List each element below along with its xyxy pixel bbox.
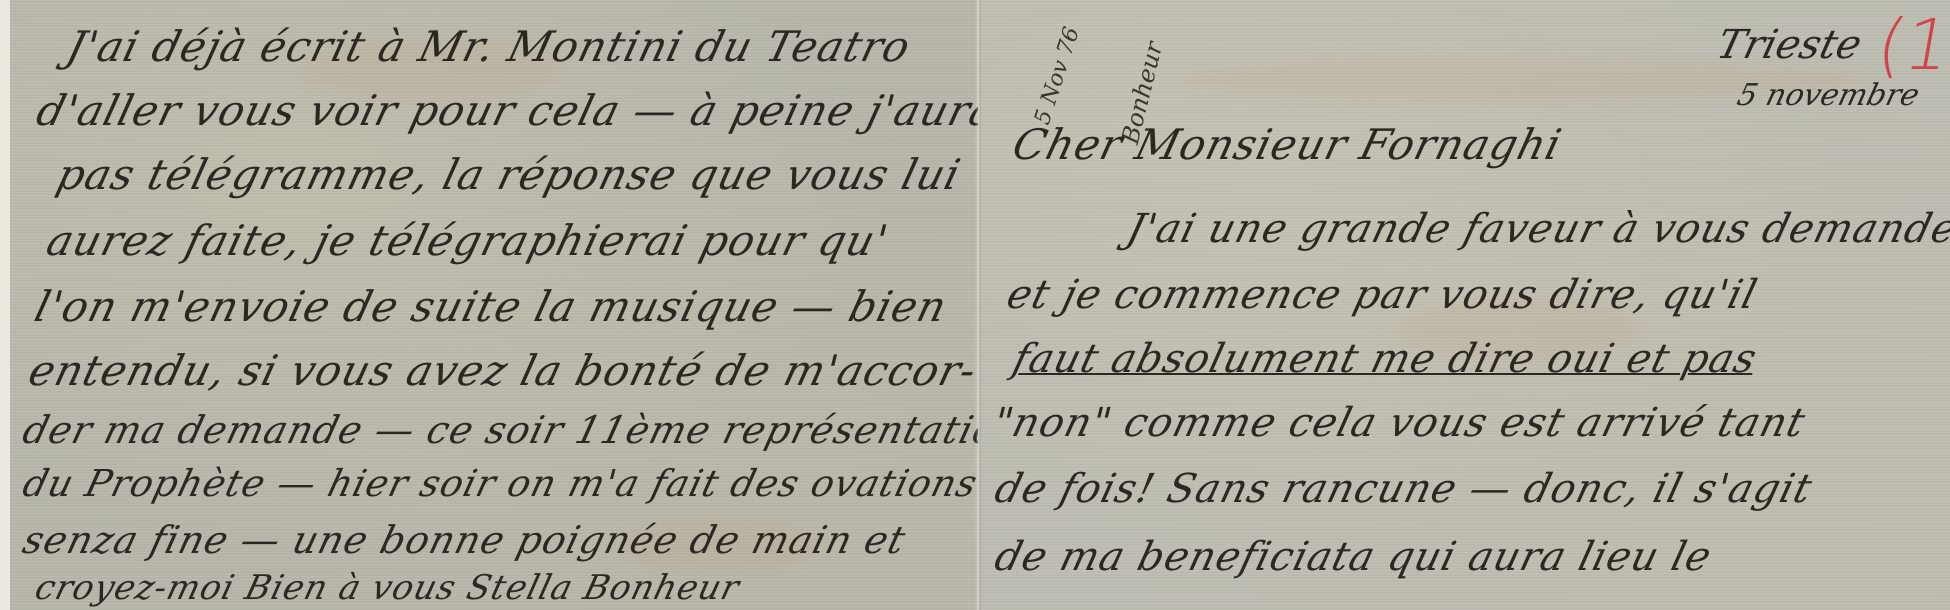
left-page: J'ai déjà écrit à Mr. Montini du Teatro … [0,0,978,610]
red-pencil-mark: (1 [1872,10,1950,80]
handwritten-line: l'on m'envoie de suite la musique — bien [30,282,952,331]
margin-note-date: 5 Nov 76 [1030,24,1085,128]
letter-place: Trieste [1712,22,1866,68]
page-fold [975,0,981,610]
salutation: Cher Monsieur Fornaghi [1008,120,1567,169]
handwritten-line: entendu, si vous avez la bonté de m'acco… [24,346,978,395]
signature-line: croyez-moi Bien à vous Stella Bonheur [31,568,744,608]
handwritten-line: de fois! Sans rancune — donc, il s'agit [990,466,1817,512]
handwritten-line: pas télégramme, la réponse que vous lui [52,150,966,199]
handwritten-line: der ma demande — ce soir 11ème représent… [19,408,978,452]
scan-margin [0,0,10,610]
handwritten-line: senza fine — une bonne poignée de main e… [19,518,911,562]
handwritten-line: de ma beneficiata qui aura lieu le [990,534,1716,580]
handwritten-line: faut absolument me dire oui et pas [1008,336,1761,382]
handwritten-line: "non" comme cela vous est arrivé tant [988,400,1810,446]
right-page: 5 Nov 76 Bonheur Trieste 5 novembre (1 C… [978,0,1950,610]
handwritten-line: d'aller vous voir pour cela — à peine j'… [32,86,978,135]
letter-scan: J'ai déjà écrit à Mr. Montini du Teatro … [0,0,1950,610]
handwritten-line: aurez faite, je télégraphierai pour qu' [42,216,894,265]
handwritten-line: du Prophète — hier soir on m'a fait des … [19,462,978,505]
handwritten-line: J'ai une grande faveur à vous demander [1122,206,1950,252]
handwritten-line: et je commence par vous dire, qu'il [1002,272,1762,318]
handwritten-line: J'ai déjà écrit à Mr. Montini du Teatro [62,22,916,71]
